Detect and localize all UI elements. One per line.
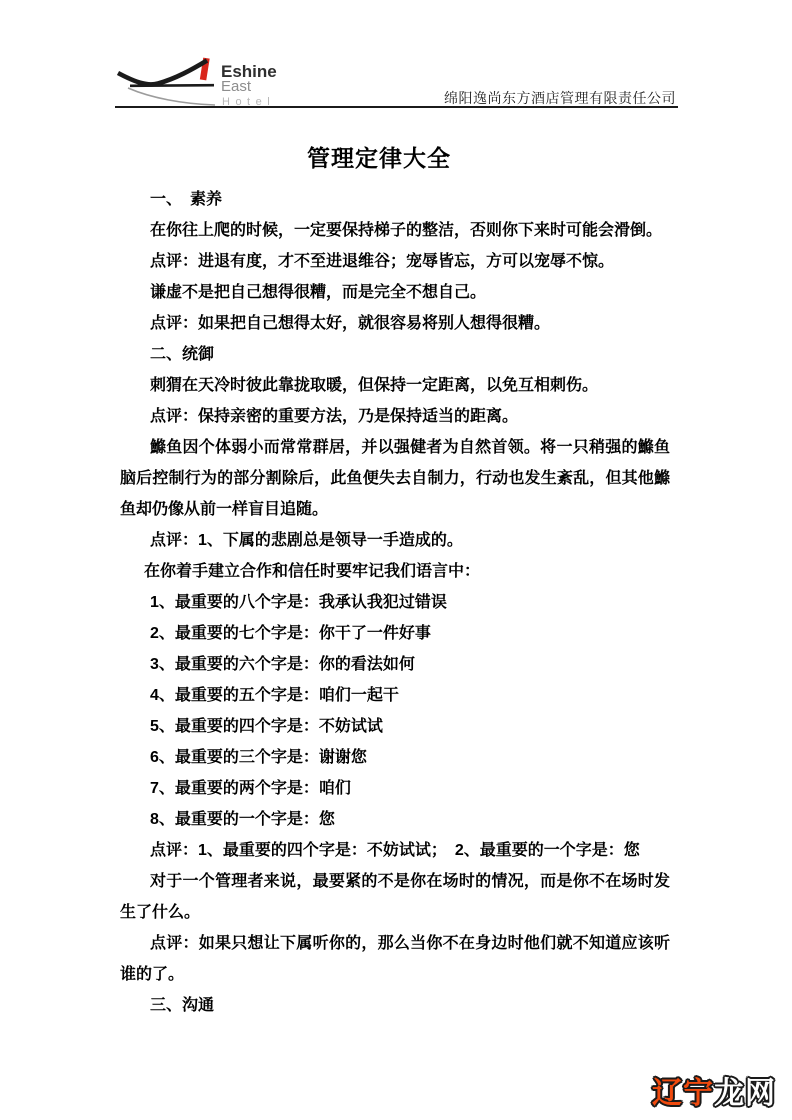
document-line: 在你往上爬的时候，一定要保持梯子的整洁，否则你下来时可能会滑倒。	[120, 215, 670, 246]
document-line: 7、最重要的两个字是：咱们	[120, 773, 670, 804]
document-line: 点评：进退有度，才不至进退维谷；宠辱皆忘，方可以宠辱不惊。	[120, 246, 670, 277]
document-line: 刺猬在天冷时彼此靠拢取暖，但保持一定距离，以免互相刺伤。	[120, 370, 670, 401]
document-line: 鱼却仍像从前一样盲目追随。	[120, 494, 670, 525]
document-line: 3、最重要的六个字是：你的看法如何	[120, 649, 670, 680]
document-line: 点评：1、下属的悲剧总是领导一手造成的。	[120, 525, 670, 556]
document-line: 谁的了。	[120, 959, 670, 990]
document-line: 二、统御	[120, 339, 670, 370]
logo-bar-line	[130, 85, 214, 86]
document-line: 4、最重要的五个字是：咱们一起干	[120, 680, 670, 711]
document-line: 5、最重要的四个字是：不妨试试	[120, 711, 670, 742]
document-line: 点评：如果只想让下属听你的，那么当你不在身边时他们就不知道应该听	[120, 928, 670, 959]
watermark-part2: 龙网	[714, 1077, 776, 1110]
header-rule	[115, 106, 678, 108]
logo-swoosh	[118, 61, 207, 85]
document-line: 在你着手建立合作和信任时要牢记我们语言中：	[120, 556, 670, 587]
document-line: 鰷鱼因个体弱小而常常群居，并以强健者为自然首领。将一只稍强的鰷鱼	[120, 432, 670, 463]
document-line: 点评：1、最重要的四个字是：不妨试试； 2、最重要的一个字是：您	[120, 835, 670, 866]
document-line: 8、最重要的一个字是：您	[120, 804, 670, 835]
document-line: 2、最重要的七个字是：你干了一件好事	[120, 618, 670, 649]
document-line: 脑后控制行为的部分割除后，此鱼便失去自制力，行动也发生紊乱，但其他鰷	[120, 463, 670, 494]
company-name: 绵阳逸尚东方酒店管理有限责任公司	[120, 88, 676, 108]
document-line: 点评：保持亲密的重要方法，乃是保持适当的距离。	[120, 401, 670, 432]
document-line: 点评：如果把自己想得太好，就很容易将别人想得很糟。	[120, 308, 670, 339]
document-line: 6、最重要的三个字是：谢谢您	[120, 742, 670, 773]
document-line: 1、最重要的八个字是：我承认我犯过错误	[120, 587, 670, 618]
document-line: 三、沟通	[120, 990, 670, 1021]
document-line: 对于一个管理者来说，最要紧的不是你在场时的情况，而是你不在场时发	[120, 866, 670, 897]
page: Eshine East Hotel 绵阳逸尚东方酒店管理有限责任公司 管理定律大…	[0, 0, 792, 1120]
document-body: 一、 素养在你往上爬的时候，一定要保持梯子的整洁，否则你下来时可能会滑倒。点评：…	[120, 184, 670, 1021]
page-title: 管理定律大全	[120, 140, 638, 173]
document-line: 一、 素养	[120, 184, 670, 215]
watermark: 辽宁龙网	[652, 1068, 776, 1112]
document-line: 生了什么。	[120, 897, 670, 928]
watermark-part1: 辽宁	[652, 1077, 714, 1110]
document-line: 谦虚不是把自己想得很糟，而是完全不想自己。	[120, 277, 670, 308]
